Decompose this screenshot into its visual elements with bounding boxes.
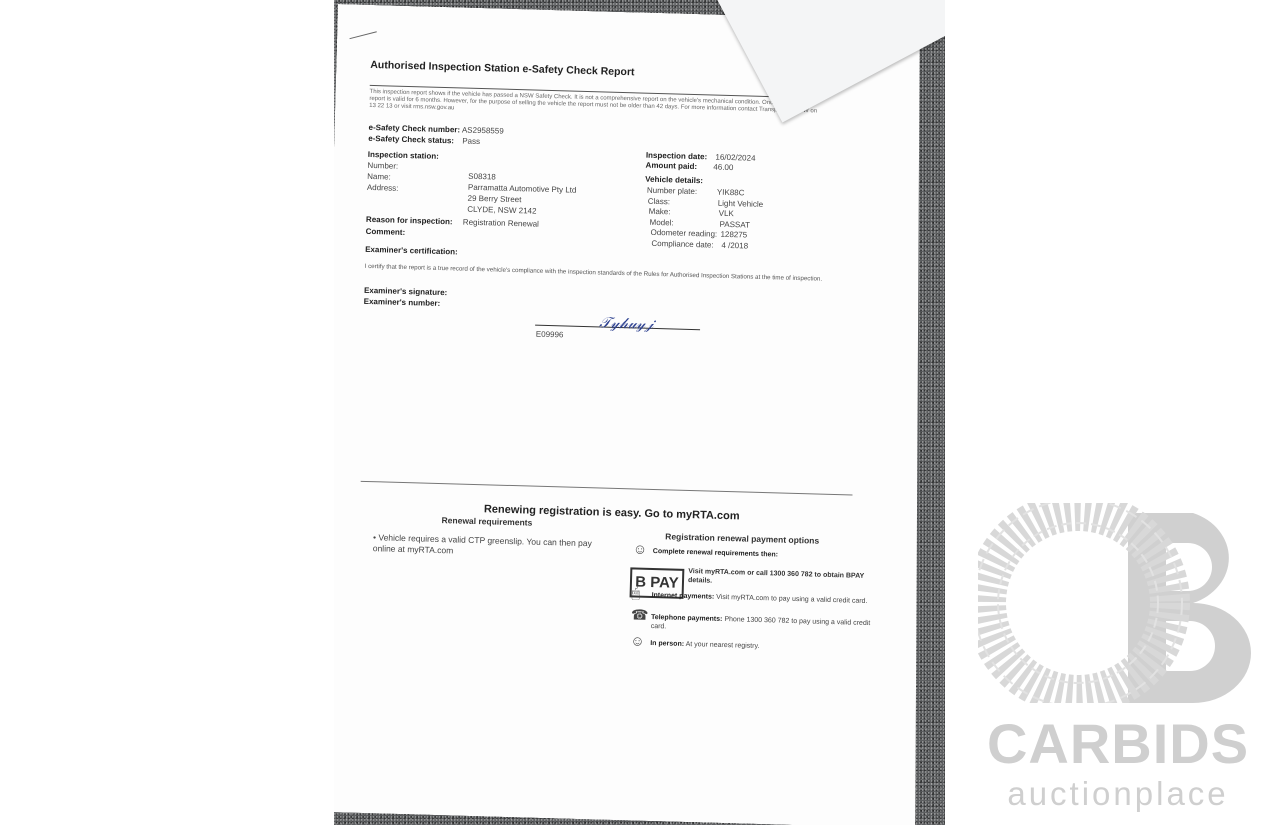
in-person-text: At your nearest registry. [686, 641, 760, 650]
station-name: Parramatta Automotive Pty Ltd [468, 183, 577, 195]
inspection-date-value: 16/02/2024 [715, 153, 755, 163]
vehicle-field-value: Light Vehicle [718, 198, 764, 208]
check-status-row: e-Safety Check status: Pass [368, 134, 480, 146]
certification-text: I certify that the report is a true reco… [365, 263, 825, 283]
vehicle-field-label: Number plate: [647, 186, 697, 196]
amount-paid-row: Amount paid: 46.00 [645, 161, 733, 172]
station-heading: Inspection station: [368, 150, 439, 161]
carbids-logo-icon [978, 503, 1258, 703]
vehicle-field-value: VLK [719, 209, 734, 218]
check-number-value: AS2958559 [462, 126, 504, 136]
check-status-label: e-Safety Check status: [368, 134, 454, 145]
examiner-signature: 𝒯𝓎𝒽𝓊𝓎𝒿 [599, 313, 654, 333]
station-address-label: Address: [367, 183, 399, 193]
station-number-label: Number: [367, 161, 398, 171]
vehicle-field-label: Model: [650, 217, 674, 227]
vehicle-field-label: Class: [648, 196, 670, 206]
station-address-line1: 29 Berry Street [468, 194, 522, 204]
telephone-icon: ☎ [631, 610, 649, 619]
mouse-icon: 🖱 [632, 588, 641, 597]
inspection-date-label: Inspection date: [646, 151, 708, 162]
requirement-item: • Vehicle requires a valid CTP greenslip… [373, 532, 614, 561]
document-photo: Authorised Inspection Station e-Safety C… [334, 0, 945, 825]
vehicle-field-value: 128275 [720, 230, 747, 240]
vehicle-field-label: Compliance date: [651, 238, 713, 249]
watermark-tagline: auctionplace [978, 775, 1258, 813]
complete-requirements-row: ☺ Complete renewal requirements then: [653, 547, 889, 563]
vehicle-field-label: Make: [649, 207, 671, 217]
internet-payments-text: Visit myRTA.com to pay using a valid cre… [716, 594, 867, 605]
station-name-label: Name: [367, 172, 391, 182]
reason-label: Reason for inspection: [366, 215, 453, 226]
examiner-number: E09996 [536, 330, 564, 340]
internet-payments-row: 🖱 Internet payments: Visit myRTA.com to … [651, 591, 887, 607]
person-icon: ☺ [630, 636, 645, 645]
requirements-heading: Renewal requirements [441, 515, 532, 528]
vehicle-field-value: YIK88C [717, 188, 745, 198]
amount-paid-value: 46.00 [713, 163, 733, 173]
requirement-text: Vehicle requires a valid CTP greenslip. … [373, 532, 592, 555]
payment-options-heading: Registration renewal payment options [665, 531, 819, 545]
signature-label: Examiner's signature: [364, 286, 447, 297]
in-person-row: ☺ In person: At your nearest registry. [650, 639, 886, 655]
check-number-label: e-Safety Check number: [368, 123, 460, 135]
internet-payments-label: Internet payments: [652, 592, 715, 601]
comment-label: Comment: [366, 227, 406, 237]
station-address-line2: CLYDE, NSW 2142 [467, 205, 536, 216]
carbids-watermark: CARBIDS auctionplace [978, 503, 1258, 818]
examiner-number-label: Examiner's number: [364, 297, 441, 308]
station-number: S08318 [468, 172, 496, 182]
vehicle-heading: Vehicle details: [645, 175, 703, 186]
telephone-payments-label: Telephone payments: [651, 614, 723, 623]
inspection-report-page: Authorised Inspection Station e-Safety C… [334, 4, 938, 825]
pen-mark [349, 31, 376, 39]
bpay-text: Visit myRTA.com or call 1300 360 782 to … [688, 567, 864, 590]
person-icon: ☺ [633, 544, 648, 553]
report-title: Authorised Inspection Station e-Safety C… [370, 59, 635, 78]
in-person-label: In person: [650, 640, 684, 648]
amount-paid-label: Amount paid: [645, 161, 697, 171]
reason-value: Registration Renewal [463, 218, 539, 229]
certification-heading: Examiner's certification: [365, 245, 458, 257]
section-divider [361, 481, 853, 496]
vehicle-field-label: Odometer reading: [650, 228, 717, 239]
watermark-brand: CARBIDS [978, 711, 1258, 776]
check-status-value: Pass [462, 137, 480, 146]
vehicle-field-value: 4 /2018 [721, 240, 748, 250]
disclaimer-text: This inspection report shows if the vehi… [369, 89, 819, 123]
complete-requirements-text: Complete renewal requirements then: [653, 548, 778, 558]
vehicle-field-value: PASSAT [719, 219, 750, 229]
telephone-payments-row: ☎ Telephone payments: Phone 1300 360 782… [651, 613, 887, 638]
